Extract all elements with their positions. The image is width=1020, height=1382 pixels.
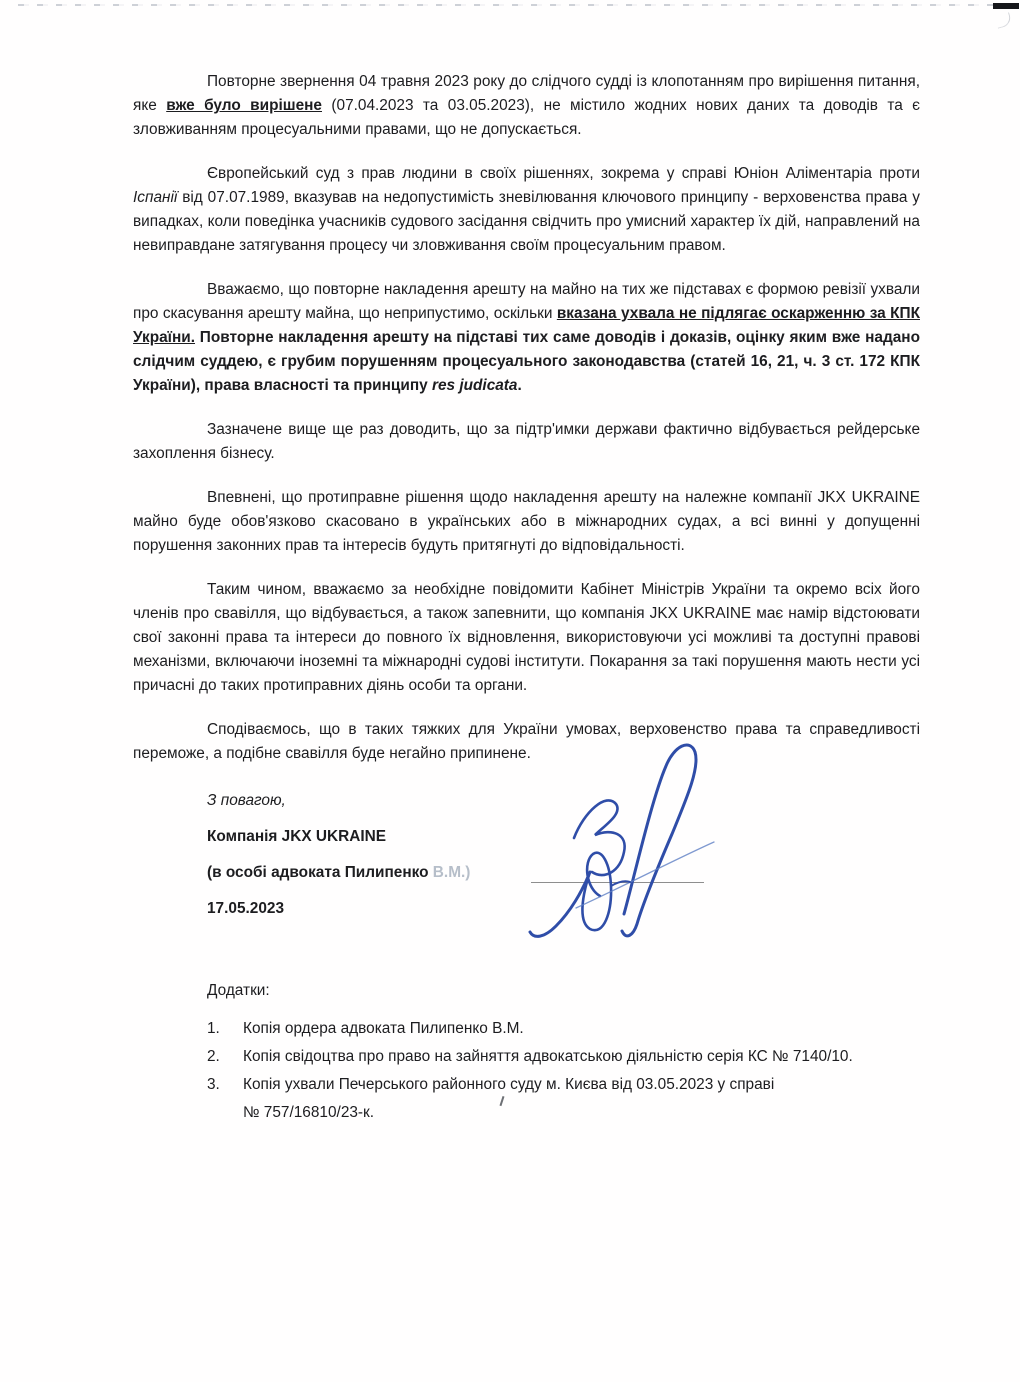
paragraph-1: Повторне звернення 04 травня 2023 року д…: [133, 70, 920, 142]
scan-edge-artifact: [18, 4, 993, 6]
paragraph-2: Європейський суд з прав людини в своїх р…: [133, 162, 920, 258]
attachment-text: Копія свідоцтва про право на зайняття ад…: [243, 1043, 853, 1071]
salutation: З повагою,: [207, 789, 470, 813]
text-segment: Таким чином, вважаємо за необхідне повід…: [133, 581, 920, 694]
scanned-letter-page: Повторне звернення 04 травня 2023 року д…: [0, 0, 1020, 1382]
paragraph-5: Впевнені, що протиправне рішення щодо на…: [133, 486, 920, 558]
text-segment-bold: .: [518, 377, 522, 394]
paragraph-4: Зазначене вище ще раз доводить, що за пі…: [133, 418, 920, 466]
attachment-item: 3. Копія ухвали Печерського районного су…: [207, 1071, 853, 1099]
attachment-number: 2.: [207, 1043, 243, 1071]
signature-ink: [524, 736, 720, 942]
company-name: Компанія JKX UKRAINE: [207, 825, 470, 849]
attachment-text-continued: № 757/16810/23-к.: [243, 1099, 853, 1127]
letter-body: Повторне звернення 04 травня 2023 року д…: [133, 70, 920, 786]
text-segment-bold-italic: res judicata: [432, 377, 518, 394]
text-segment: Зазначене вище ще раз доводить, що за пі…: [133, 421, 920, 462]
attachment-item: 1. Копія ордера адвоката Пилипенко В.М.: [207, 1015, 853, 1043]
text-segment-emphasis: вже було вирішене: [166, 97, 322, 114]
representative-line: (в особі адвоката Пилипенко В.М.): [207, 861, 470, 885]
text-segment: Європейський суд з прав людини в своїх р…: [207, 165, 920, 182]
scan-corner-mark: [993, 3, 1019, 9]
attachment-item: 2. Копія свідоцтва про право на зайняття…: [207, 1043, 853, 1071]
closing-block: З повагою, Компанія JKX UKRAINE (в особі…: [207, 789, 470, 933]
text-segment-italic: Іспанії: [133, 189, 177, 206]
scan-corner-smudge: [995, 12, 1013, 28]
attachment-number: 1.: [207, 1015, 243, 1043]
paragraph-3: Вважаємо, що повторне накладення арешту …: [133, 278, 920, 398]
attachment-text: Копія ордера адвоката Пилипенко В.М.: [243, 1015, 853, 1043]
attachment-text: Копія ухвали Печерського районного суду …: [243, 1071, 853, 1099]
attachments-section: Додатки: 1. Копія ордера адвоката Пилипе…: [207, 979, 853, 1127]
attachments-title: Додатки:: [207, 979, 853, 1003]
text-segment: від 07.07.1989, вказував на недопустиміс…: [133, 189, 920, 254]
letter-date: 17.05.2023: [207, 897, 470, 921]
representative-text: (в особі адвоката Пилипенко: [207, 864, 433, 881]
paragraph-6: Таким чином, вважаємо за необхідне повід…: [133, 578, 920, 698]
text-segment-bold: Повторне накладення арешту на підставі т…: [133, 329, 920, 394]
attachment-number: 3.: [207, 1071, 243, 1099]
text-segment: Впевнені, що протиправне рішення щодо на…: [133, 489, 920, 554]
representative-initials-faded: В.М.): [433, 864, 471, 881]
